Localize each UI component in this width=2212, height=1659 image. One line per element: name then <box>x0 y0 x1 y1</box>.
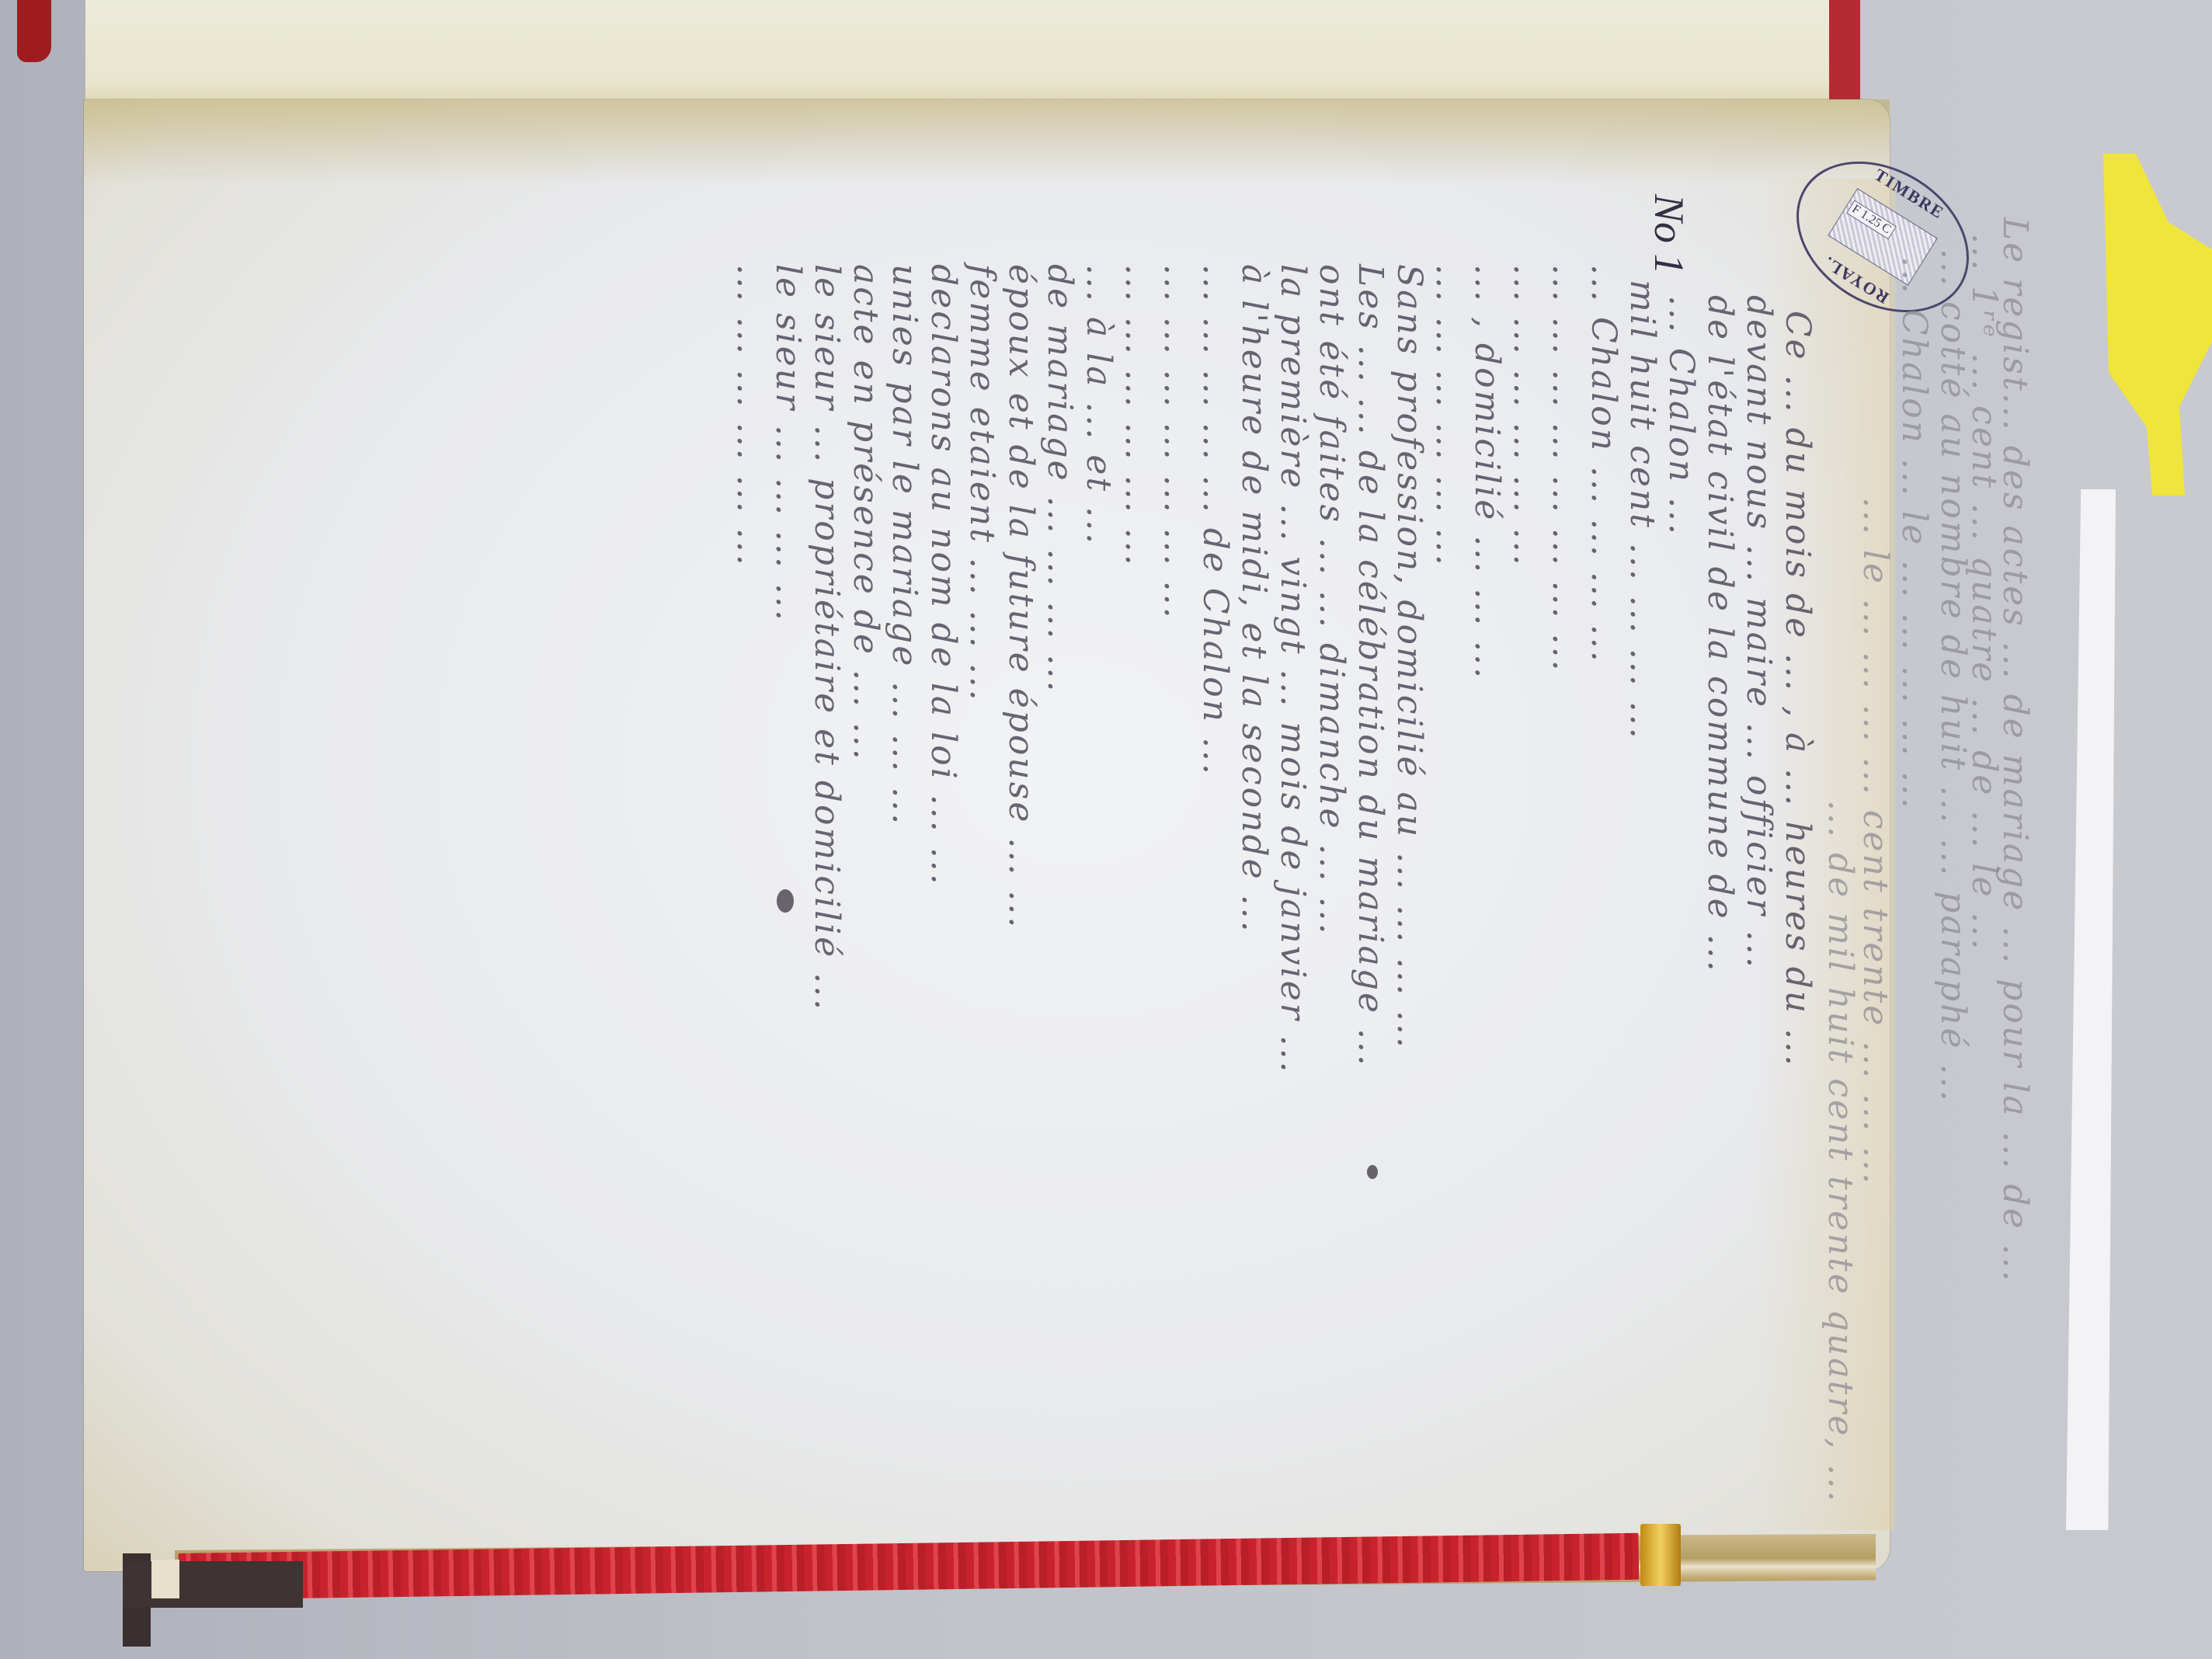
handwritten-line: acte en présence de ... ... <box>846 264 885 762</box>
handwritten-line: ... Chalon ... ... ... ... <box>1584 264 1623 664</box>
handwritten-line: le sieur ... ... ... ... <box>768 264 808 623</box>
handwritten-line: le sieur ... propriétaire et domicilié .… <box>807 264 847 1012</box>
handwritten-line: ... ... ... ... ... ... <box>1428 264 1468 568</box>
handwritten-line: unies par le mariage ... ... ... <box>885 264 924 826</box>
ink-blot <box>1367 1165 1378 1179</box>
handwritten-line: ... Chalon ... le ... ... ... ... ... <box>1894 256 1934 811</box>
handwritten-line: ... le ... ... ... ... cent trente ... .… <box>1856 497 1895 1186</box>
binding-corner <box>123 1561 303 1608</box>
handwritten-line: ont été faites ... ... dimanche ... ... <box>1312 264 1351 936</box>
handwritten-line: femme etaient ... ... ... <box>962 264 1002 703</box>
handwritten-line: ... ... ... ... ... ... <box>1118 264 1157 568</box>
handwritten-line: mil huit cent ... ... ... ... <box>1622 280 1662 741</box>
handwritten-line: la première ... vingt ... mois de janvie… <box>1273 264 1313 1075</box>
handwritten-line: ... de mil huit cent trente quatre, ... <box>1821 800 1860 1504</box>
binding-inner-board <box>151 1560 179 1598</box>
stamp-value: F 1.25 C <box>1846 200 1897 240</box>
handwritten-line: Sans profession, domicilié au ... ... ..… <box>1389 264 1429 1050</box>
handwritten-line: de mariage ... ... ... ... <box>1040 264 1080 694</box>
handwritten-line: Ce ... du mois de ... , à ... heures du … <box>1778 311 1817 1068</box>
handwritten-line: ... cotté au nombre de huit ... ... para… <box>1933 249 1973 1103</box>
handwritten-line: ... ... ... ... ... ... ... <box>1156 264 1196 621</box>
handwritten-line: ... , domicilié ... ... ... <box>1467 264 1507 680</box>
handwritten-line: devant nous ... maire ... officier ... <box>1739 295 1779 970</box>
handwritten-line: ... à la ... et ... <box>1079 264 1118 546</box>
handwritten-line: ... ... ... ... ... ... <box>1506 264 1546 568</box>
handwritten-line: époux et de la future épouse ... ... <box>1001 264 1041 930</box>
handwritten-line: ... Chalon ... <box>1661 295 1701 537</box>
ink-blot <box>777 889 794 913</box>
handwritten-line: à l'heure de midi, et la seconde ... <box>1234 264 1274 934</box>
handwritten-line: de l'état civil de la commune de ... <box>1700 295 1740 974</box>
handwritten-line: ... ... ... ... ... de Chalon ... <box>1195 264 1235 777</box>
gold-clasp <box>1640 1524 1681 1586</box>
page-gutter-shadow <box>84 99 1890 185</box>
handwritten-line: ... ... ... ... ... ... <box>729 264 769 568</box>
handwritten-line: declarons au nom de la loi ... ... <box>923 264 963 887</box>
margin-entry-number: No 1 <box>1645 194 1693 275</box>
binding-edge-top-left <box>17 0 51 62</box>
handwritten-line: Les ... ... de la célébration du mariage… <box>1351 264 1390 1068</box>
handwritten-line: ... ... ... ... ... ... ... ... <box>1545 264 1584 673</box>
